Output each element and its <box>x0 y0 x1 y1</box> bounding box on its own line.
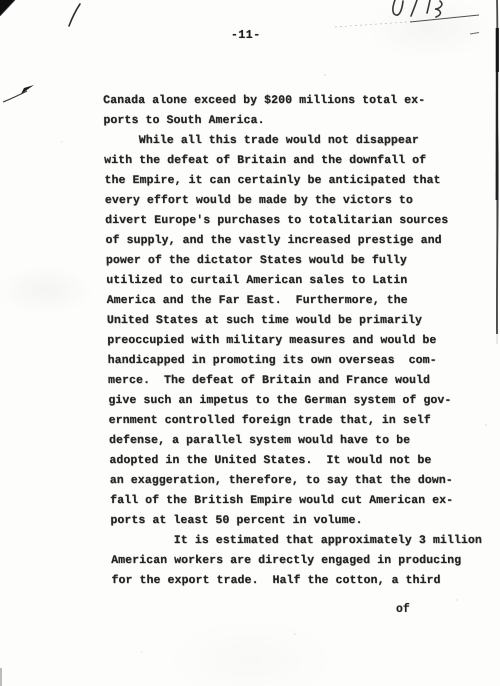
scanned-document-page: -11- Canada alone exceed by $200 million… <box>0 0 500 686</box>
catchword: of <box>396 600 410 620</box>
page-number: -11- <box>231 29 261 42</box>
text-line: an exaggeration, therefore, to say that … <box>110 471 481 491</box>
text-line: ports to South America. <box>103 111 474 131</box>
text-line: defense, a parallel system would have to… <box>109 431 480 451</box>
text-line: the Empire, it can certainly be anticipa… <box>104 171 475 191</box>
text-line: divert Europe's purchases to totalitaria… <box>105 211 476 231</box>
text-line: power of the dictator States would be fu… <box>106 251 477 271</box>
slash-mark <box>69 4 80 26</box>
corner-fold-mark <box>0 0 15 16</box>
text-line: adopted in the United States. It would n… <box>109 451 480 471</box>
text-line: handicapped in promoting its own oversea… <box>108 351 479 371</box>
text-line: American workers are directly engaged in… <box>111 551 482 571</box>
text-line: of supply, and the vastly increased pres… <box>105 231 476 251</box>
text-line: ernment controlled foreign trade that, i… <box>109 411 480 431</box>
text-line: ports at least 50 percent in volume. <box>110 511 481 531</box>
text-line: fall of the British Empire would cut Ame… <box>110 491 481 511</box>
text-line: While all this trade would not disappear <box>104 131 475 151</box>
text-line: for the export trade. Half the cotton, a… <box>111 571 482 591</box>
text-line: Canada alone exceed by $200 millions tot… <box>103 91 474 111</box>
text-line: give such an impetus to the German syste… <box>108 391 479 411</box>
edge-dash-mark <box>470 33 479 35</box>
text-line: with the defeat of Britain and the downf… <box>104 151 475 171</box>
text-line: America and the Far East. Furthermore, t… <box>106 291 477 311</box>
text-line: preoccupied with military measures and w… <box>107 331 478 351</box>
text-line: merce. The defeat of Britain and France … <box>108 371 479 391</box>
pencil-line <box>335 15 479 27</box>
text-line: utilized to curtail American sales to La… <box>106 271 477 291</box>
body-text: Canada alone exceed by $200 millions tot… <box>103 91 483 591</box>
handwritten-mark <box>393 0 442 17</box>
text-line: It is estimated that approximately 3 mil… <box>111 531 482 551</box>
arrow-mark <box>3 85 34 102</box>
binding-edge-strip <box>497 0 498 344</box>
text-line: United States at such time would be prim… <box>107 311 478 331</box>
text-line: every effort would be made by the victor… <box>105 191 476 211</box>
